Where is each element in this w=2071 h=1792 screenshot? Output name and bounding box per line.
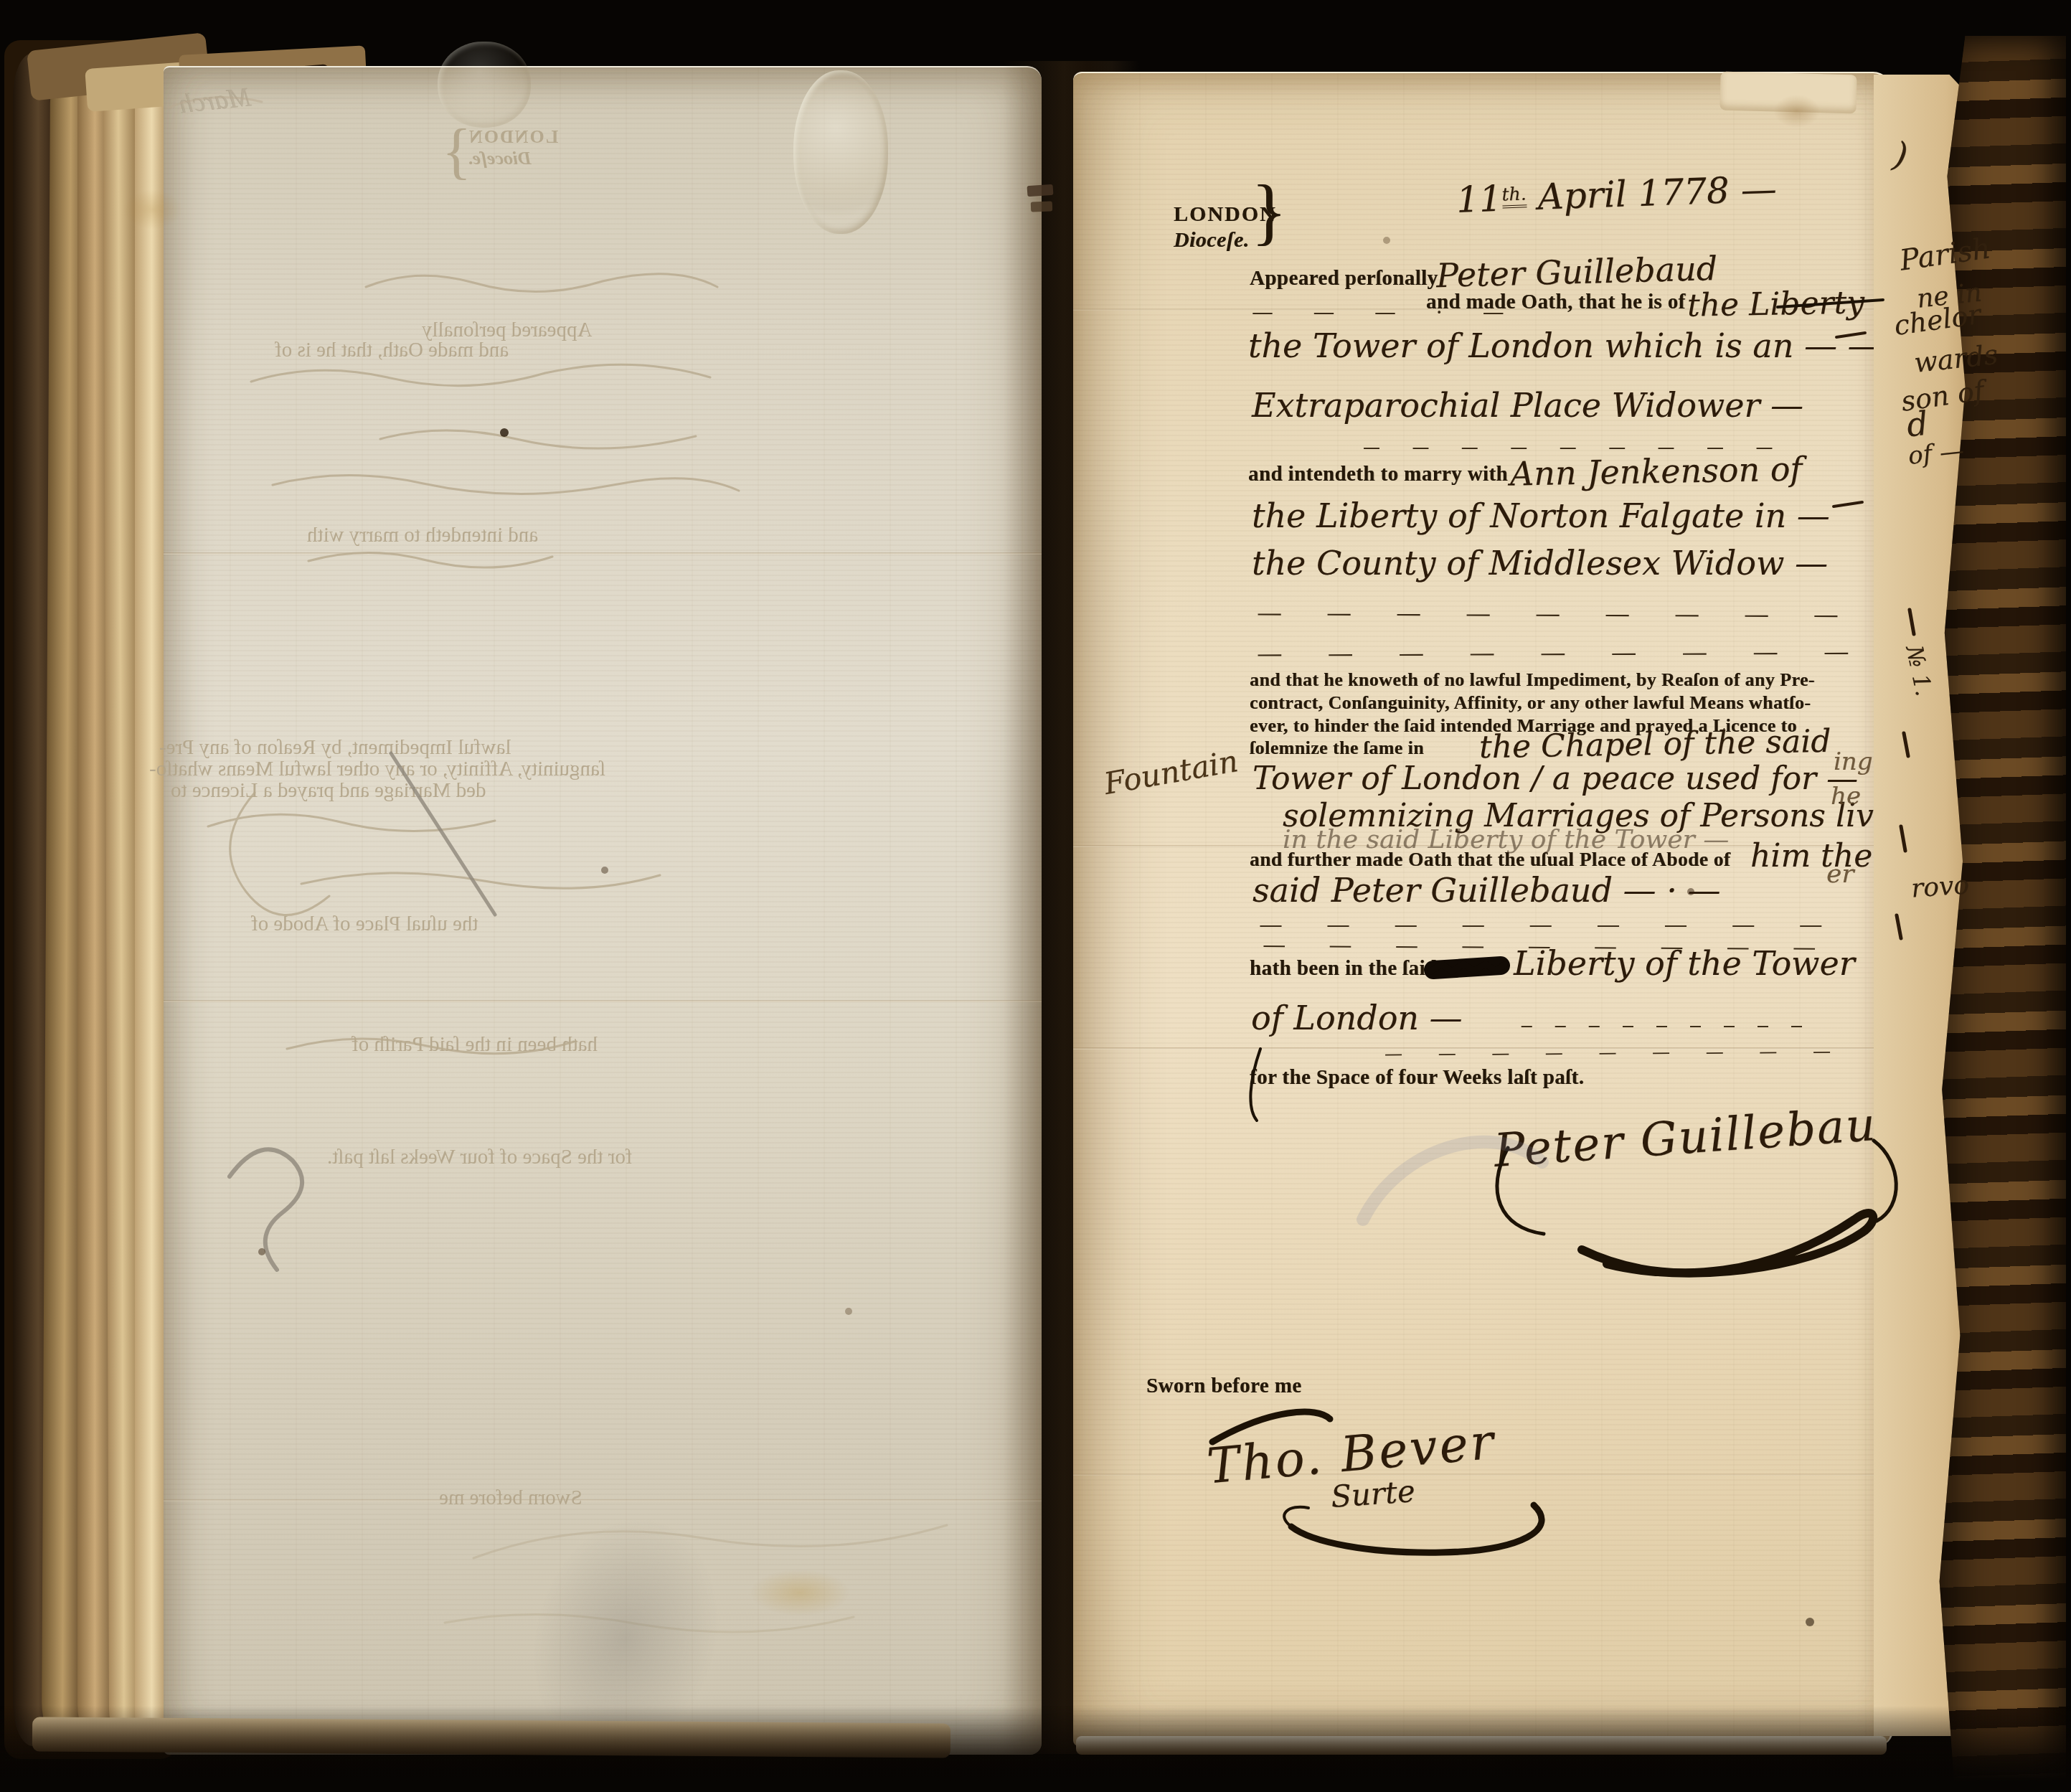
printed-impediment-1: and that he knoweth of no lawful Impedim… bbox=[1250, 669, 1815, 691]
dash-row: — — — — — — — — — bbox=[1384, 1039, 1834, 1065]
edge-cutoff: ing bbox=[1834, 748, 1873, 776]
bleed-hath-been: hath been in the ſaid Pariſh of bbox=[352, 1033, 598, 1057]
bleed-sworn: Sworn before me bbox=[439, 1486, 582, 1510]
bleed-four-weeks: for the Space of four Weeks laſt paſt. bbox=[327, 1146, 633, 1169]
norton-falgate-entry: the Liberty of Norton Falgate in — bbox=[1252, 496, 1830, 535]
edge-word: rovo bbox=[1910, 870, 1971, 904]
bleed-abode: the uſual Place of Abode of bbox=[251, 912, 478, 936]
dash-row: — — — — — — — — — bbox=[1257, 638, 1852, 667]
dash-fill: — — — · — bbox=[1252, 300, 1507, 325]
diocese-brace: } bbox=[1251, 178, 1287, 245]
printed-four-weeks: for the Space of four Weeks laſt paſt. bbox=[1250, 1066, 1584, 1090]
edge-number: № 1. bbox=[1901, 643, 1938, 698]
bleed-made-oath: and made Oath, that he is of bbox=[275, 339, 509, 362]
extraparochial-entry: Extraparochial Place Widower — bbox=[1252, 386, 1803, 425]
edge-word: chelor bbox=[1892, 298, 1983, 341]
bleed-impediment-3: ded Marriage and prayed a Licence to bbox=[171, 779, 486, 803]
dash-row: — — — — — — — — — bbox=[1521, 1013, 1804, 1038]
page-crease bbox=[164, 552, 1042, 555]
tower-place-entry: Tower of London / a peace used for — bbox=[1252, 760, 1858, 797]
gutter-ink-mark bbox=[1031, 201, 1052, 212]
edge-word: of — bbox=[1907, 436, 1966, 471]
groom-name-entry: Peter Guillebaud bbox=[1435, 249, 1717, 295]
edge-cutoff: er bbox=[1826, 859, 1854, 889]
date-suffix: th. bbox=[1501, 184, 1527, 209]
bleed-brace: } bbox=[442, 115, 471, 187]
printed-intendeth: and intendeth to marry with bbox=[1248, 463, 1508, 486]
edge-word: wards bbox=[1912, 339, 1999, 379]
torn-top-flap bbox=[1719, 72, 1857, 114]
page-crease bbox=[164, 1000, 1042, 1002]
page-crease bbox=[1073, 1473, 1891, 1476]
bride-name-entry: Ann Jenkenson of bbox=[1510, 449, 1803, 493]
witness-title: Surte bbox=[1329, 1473, 1416, 1514]
diocese-word: Dioceſe. bbox=[1174, 228, 1250, 253]
printed-impediment-4: ſolemnize the ſame in bbox=[1250, 737, 1424, 759]
tower-of-london-entry: the Tower of London which is an — — bbox=[1248, 326, 1881, 365]
chapel-entry: the Chapel of the said bbox=[1479, 723, 1831, 766]
bleed-diocese-name: LONDON bbox=[468, 126, 558, 148]
bleed-intendeth: and intendeth to marry with bbox=[307, 524, 538, 547]
date-rest: April 1778 — bbox=[1526, 168, 1778, 218]
printed-impediment-2: contract, Conſanguinity, Affinity, or an… bbox=[1250, 692, 1811, 714]
left-page bbox=[164, 66, 1042, 1755]
bottom-page-edges bbox=[32, 1717, 950, 1758]
bleed-diocese-word: Dioceſe. bbox=[468, 148, 532, 169]
bottom-page-edges bbox=[1076, 1736, 1887, 1755]
said-peter-entry: said Peter Guillebaud — · — bbox=[1252, 871, 1720, 910]
foxing-dots bbox=[0, 0, 4, 4]
edge-word: Parish bbox=[1897, 232, 1992, 277]
edge-word: d bbox=[1905, 404, 1930, 445]
page-crease bbox=[164, 1499, 1042, 1501]
edge-cutoff: he bbox=[1831, 782, 1861, 811]
liberty-tower-entry: Liberty of the Tower bbox=[1514, 944, 1855, 983]
gutter-ink-mark bbox=[1027, 184, 1054, 197]
date-day: 11 bbox=[1456, 178, 1503, 221]
bleed-impediment-1: lawful Impediment, by Reaſon of any Pre- bbox=[159, 736, 511, 760]
edge-bracket: ) bbox=[1890, 134, 1910, 176]
printed-appeared: Appeared perſonally bbox=[1250, 267, 1438, 291]
middlesex-entry: the County of Middlesex Widow — bbox=[1252, 544, 1828, 583]
dash-row: — — — — — — — — — bbox=[1257, 599, 1842, 628]
printed-hath-been: hath been in the ſaid bbox=[1250, 957, 1437, 981]
of-london-entry: of London — bbox=[1251, 999, 1463, 1037]
printed-sworn-before-me: Sworn before me bbox=[1146, 1374, 1301, 1398]
bleed-impediment-2: ſanguinity, Affinity, or any other lawfu… bbox=[149, 758, 605, 781]
in-liberty-entry: in the said Liberty of the Tower — bbox=[1283, 825, 1729, 854]
book-photograph: LONDON Dioceſe. } March Appeared perſona… bbox=[0, 0, 2071, 1792]
liberty-of-entry: the Liberty of bbox=[1687, 283, 1906, 324]
